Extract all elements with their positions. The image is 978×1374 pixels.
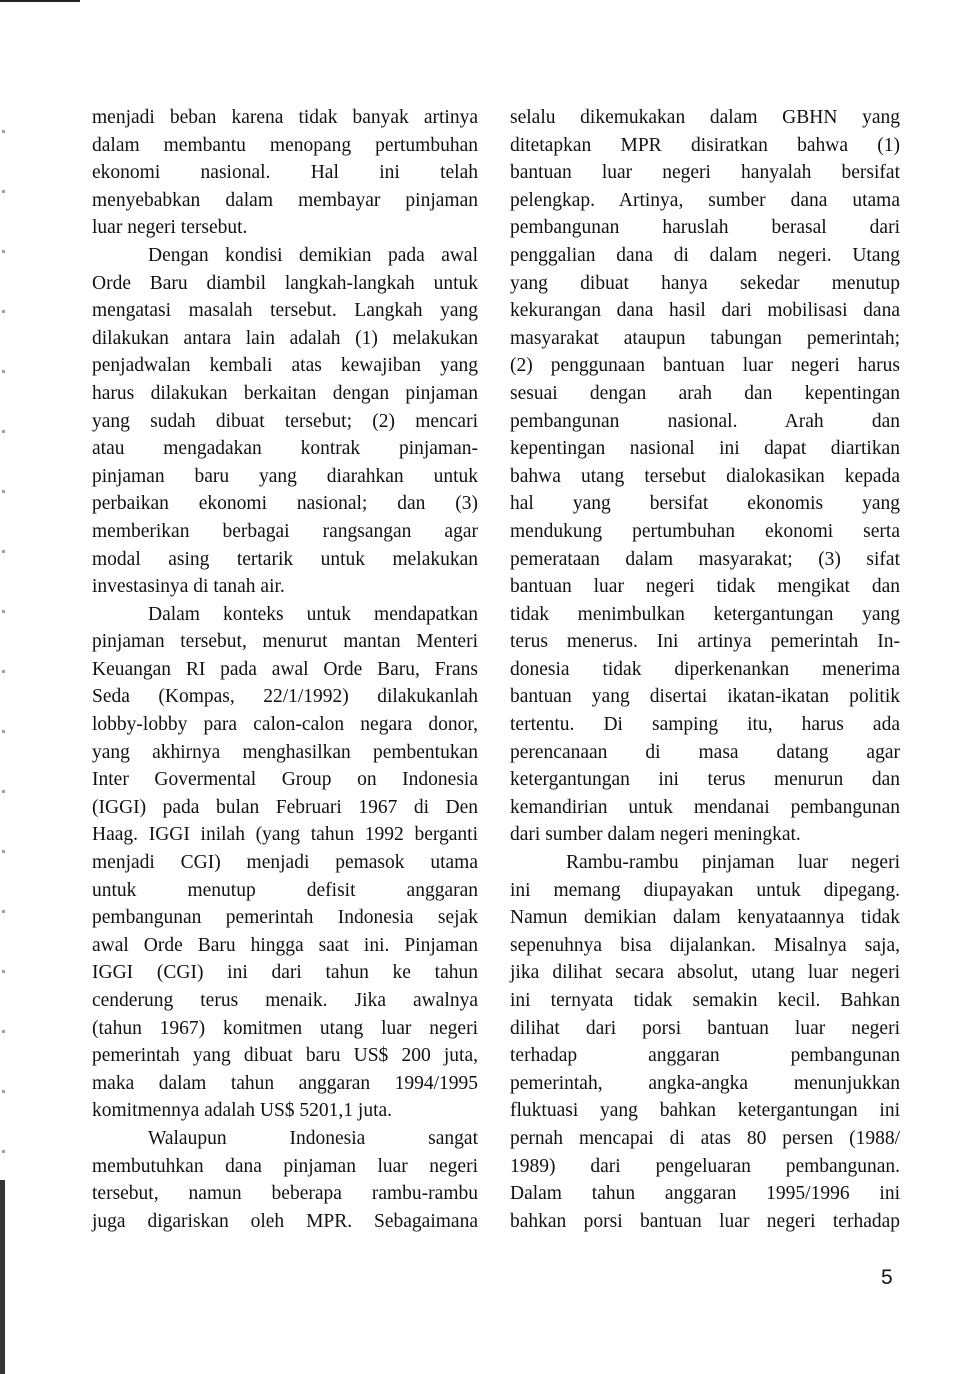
text-line: membutuhkan dana pinjaman luar negeri	[92, 1153, 478, 1181]
text-line: mengatasi masalah tersebut. Langkah yang	[92, 297, 478, 325]
text-line: terus menerus. Ini artinya pemerintah In…	[510, 628, 900, 656]
text-line: bahkan porsi bantuan luar negeri terhada…	[510, 1208, 900, 1236]
text-line: terhadap anggaran pembangunan	[510, 1042, 900, 1070]
text-line: penjadwalan kembali atas kewajiban yang	[92, 352, 478, 380]
text-line: luar negeri tersebut.	[92, 214, 478, 242]
text-line: menjadi beban karena tidak banyak artiny…	[92, 104, 478, 132]
text-line: sepenuhnya bisa dijalankan. Misalnya saj…	[510, 932, 900, 960]
text-line: investasinya di tanah air.	[92, 573, 478, 601]
text-line: yang akhirnya menghasilkan pembentukan	[92, 739, 478, 767]
text-line: dalam membantu menopang pertumbuhan	[92, 132, 478, 160]
text-line: menjadi CGI) menjadi pemasok utama	[92, 849, 478, 877]
text-line: Dalam tahun anggaran 1995/1996 ini	[510, 1180, 900, 1208]
text-line: dari sumber dalam negeri meningkat.	[510, 821, 900, 849]
text-line: pemerintah yang dibuat baru US$ 200 juta…	[92, 1042, 478, 1070]
text-line: donesia tidak diperkenankan menerima	[510, 656, 900, 684]
text-line: dilakukan antara lain adalah (1) melakuk…	[92, 325, 478, 353]
text-line: yang dibuat hanya sekedar menutup	[510, 270, 900, 298]
text-line: pelengkap. Artinya, sumber dana utama	[510, 187, 900, 215]
text-line: bahwa utang tersebut dialokasikan kepada	[510, 463, 900, 491]
document-page: menjadi beban karena tidak banyak artiny…	[0, 0, 978, 1374]
left-text-column: menjadi beban karena tidak banyak artiny…	[92, 104, 478, 1235]
scan-artifact-left-margin	[2, 130, 5, 1170]
text-line: tidak menimbulkan ketergantungan yang	[510, 601, 900, 629]
text-line: Dengan kondisi demikian pada awal	[92, 242, 478, 270]
text-line: atau mengadakan kontrak pinjaman-	[92, 435, 478, 463]
text-line: memberikan berbagai rangsangan agar	[92, 518, 478, 546]
text-line: perencanaan di masa datang agar	[510, 739, 900, 767]
text-line: pinjaman baru yang diarahkan untuk	[92, 463, 478, 491]
text-line: tersebut, namun beberapa rambu-rambu	[92, 1180, 478, 1208]
text-line: selalu dikemukakan dalam GBHN yang	[510, 104, 900, 132]
text-line: pinjaman tersebut, menurut mantan Menter…	[92, 628, 478, 656]
text-line: ini ternyata tidak semakin kecil. Bahkan	[510, 987, 900, 1015]
text-line: perbaikan ekonomi nasional; dan (3)	[92, 490, 478, 518]
text-line: modal asing tertarik untuk melakukan	[92, 546, 478, 574]
text-line: yang sudah dibuat tersebut; (2) mencari	[92, 408, 478, 436]
text-line: harus dilakukan berkaitan dengan pinjama…	[92, 380, 478, 408]
page-number: 5	[881, 1266, 893, 1290]
text-line: kekurangan dana hasil dari mobilisasi da…	[510, 297, 900, 325]
text-line: untuk menutup defisit anggaran	[92, 877, 478, 905]
right-text-column: selalu dikemukakan dalam GBHN yangditeta…	[510, 104, 900, 1235]
text-line: masyarakat ataupun tabungan pemerintah;	[510, 325, 900, 353]
text-line: Namun demikian dalam kenyataannya tidak	[510, 904, 900, 932]
text-line: jika dilihat secara absolut, utang luar …	[510, 959, 900, 987]
text-line: ditetapkan MPR disiratkan bahwa (1)	[510, 132, 900, 160]
text-line: mendukung pertumbuhan ekonomi serta	[510, 518, 900, 546]
text-line: (tahun 1967) komitmen utang luar negeri	[92, 1015, 478, 1043]
text-line: Haag. IGGI inilah (yang tahun 1992 berga…	[92, 821, 478, 849]
text-line: cenderung terus menaik. Jika awalnya	[92, 987, 478, 1015]
text-line: maka dalam tahun anggaran 1994/1995	[92, 1070, 478, 1098]
text-line: sesuai dengan arah dan kepentingan	[510, 380, 900, 408]
text-line: IGGI (CGI) ini dari tahun ke tahun	[92, 959, 478, 987]
text-line: fluktuasi yang bahkan ketergantungan ini	[510, 1097, 900, 1125]
text-line: ekonomi nasional. Hal ini telah	[92, 159, 478, 187]
text-line: bantuan luar negeri tidak mengikat dan	[510, 573, 900, 601]
text-line: hal yang bersifat ekonomis yang	[510, 490, 900, 518]
text-line: tertentu. Di samping itu, harus ada	[510, 711, 900, 739]
text-line: (IGGI) pada bulan Februari 1967 di Den	[92, 794, 478, 822]
text-line: Inter Govermental Group on Indonesia	[92, 766, 478, 794]
text-line: pemerataan dalam masyarakat; (3) sifat	[510, 546, 900, 574]
text-line: bantuan luar negeri hanyalah bersifat	[510, 159, 900, 187]
text-line: Keuangan RI pada awal Orde Baru, Frans	[92, 656, 478, 684]
text-line: Walaupun Indonesia sangat	[92, 1125, 478, 1153]
text-line: pembangunan pemerintah Indonesia sejak	[92, 904, 478, 932]
text-line: pernah mencapai di atas 80 persen (1988/	[510, 1125, 900, 1153]
text-line: (2) penggunaan bantuan luar negeri harus	[510, 352, 900, 380]
text-line: pembangunan nasional. Arah dan	[510, 408, 900, 436]
text-line: juga digariskan oleh MPR. Sebagaimana	[92, 1208, 478, 1236]
text-line: bantuan yang disertai ikatan-ikatan poli…	[510, 683, 900, 711]
text-line: menyebabkan dalam membayar pinjaman	[92, 187, 478, 215]
text-line: kepentingan nasional ini dapat diartikan	[510, 435, 900, 463]
text-line: Rambu-rambu pinjaman luar negeri	[510, 849, 900, 877]
text-line: pembangunan haruslah berasal dari	[510, 214, 900, 242]
scan-artifact-binding-edge	[0, 1180, 8, 1374]
text-line: ini memang diupayakan untuk dipegang.	[510, 877, 900, 905]
scan-artifact-top	[0, 0, 80, 2]
text-line: ketergantungan ini terus menurun dan	[510, 766, 900, 794]
text-line: awal Orde Baru hingga saat ini. Pinjaman	[92, 932, 478, 960]
text-line: Dalam konteks untuk mendapatkan	[92, 601, 478, 629]
text-line: komitmennya adalah US$ 5201,1 juta.	[92, 1097, 478, 1125]
text-line: pemerintah, angka-angka menunjukkan	[510, 1070, 900, 1098]
text-line: dilihat dari porsi bantuan luar negeri	[510, 1015, 900, 1043]
text-line: kemandirian untuk mendanai pembangunan	[510, 794, 900, 822]
text-line: Seda (Kompas, 22/1/1992) dilakukanlah	[92, 683, 478, 711]
text-line: penggalian dana di dalam negeri. Utang	[510, 242, 900, 270]
text-line: Orde Baru diambil langkah-langkah untuk	[92, 270, 478, 298]
text-line: 1989) dari pengeluaran pembangunan.	[510, 1153, 900, 1181]
text-line: lobby-lobby para calon-calon negara dono…	[92, 711, 478, 739]
